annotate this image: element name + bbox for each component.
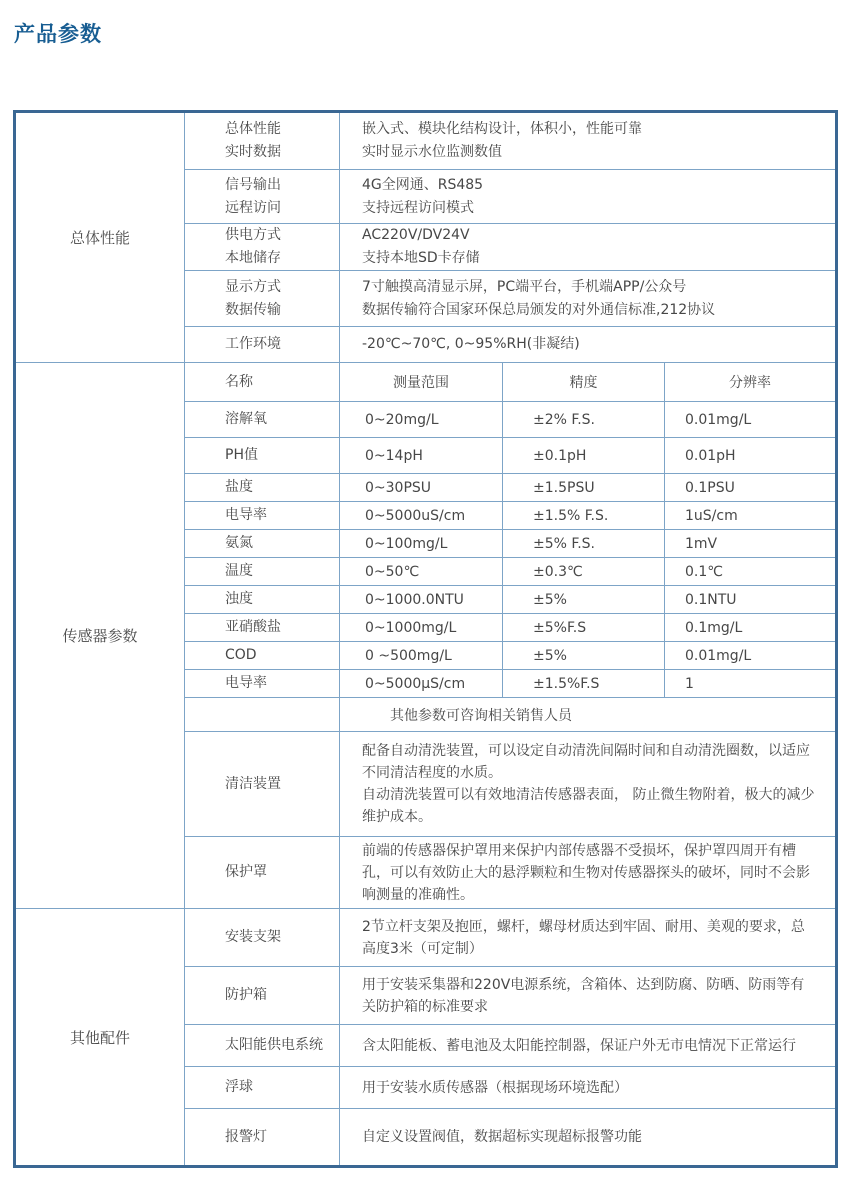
empty-cell: [185, 698, 340, 731]
spec-row-label: 防护箱: [185, 967, 340, 1024]
sensor-row-cod: COD 0 ~500mg/L ±5% 0.01mg/L: [185, 641, 835, 669]
section-overall: 总体性能 总体性能 实时数据 嵌入式、模块化结构设计，体积小，性能可靠 实时显示…: [16, 113, 835, 362]
header-cell-resolution: 分辨率: [665, 363, 835, 401]
sensor-table-header: 名称 测量范围 精度 分辨率: [185, 363, 835, 401]
sensor-accuracy: ±1.5%F.S: [503, 670, 665, 697]
sensor-resolution: 1uS/cm: [665, 502, 835, 529]
accessory-row-float-ball: 浮球 用于安装水质传感器（根据现场环境选配）: [185, 1066, 835, 1108]
sensor-name: PH值: [185, 438, 340, 473]
spec-row-value: 2节立杆支架及抱匝，螺杆，螺母材质达到牢固、耐用、美观的要求，总高度3米（可定制…: [340, 909, 835, 966]
spec-row-value: 配备自动清洗装置，可以设定自动清洗间隔时间和自动清洗圈数，以适应不同清洁程度的水…: [340, 732, 835, 836]
section-sensors: 传感器参数 名称 测量范围 精度 分辨率 溶解氧 0~20mg/L ±2% F.…: [16, 362, 835, 908]
spec-row-value: 4G全网通、RS485 支持远程访问模式: [340, 170, 835, 223]
sensor-name: 溶解氧: [185, 402, 340, 437]
spec-row-label: 保护罩: [185, 837, 340, 908]
header-cell-name: 名称: [185, 363, 340, 401]
spec-row-label: 显示方式 数据传输: [185, 271, 340, 326]
spec-row: 信号输出 远程访问 4G全网通、RS485 支持远程访问模式: [185, 169, 835, 223]
accessory-row-alarm-light: 报警灯 自定义设置阀值，数据超标实现超标报警功能: [185, 1108, 835, 1165]
spec-row-label: 供电方式 本地储存: [185, 224, 340, 270]
sensor-resolution: 0.1NTU: [665, 586, 835, 613]
spec-row: 供电方式 本地储存 AC220V/DV24V 支持本地SD卡存储: [185, 223, 835, 270]
spec-row-label: 浮球: [185, 1067, 340, 1108]
section-accessories: 其他配件 安装支架 2节立杆支架及抱匝，螺杆，螺母材质达到牢固、耐用、美观的要求…: [16, 908, 835, 1165]
spec-row-value: 7寸触摸高清显示屏，PC端平台，手机端APP/公众号 数据传输符合国家环保总局颁…: [340, 271, 835, 326]
spec-row-label: 清洁装置: [185, 732, 340, 836]
cleaning-device-row: 清洁装置 配备自动清洗装置，可以设定自动清洗间隔时间和自动清洗圈数，以适应不同清…: [185, 731, 835, 836]
spec-row-value: 用于安装采集器和220V电源系统，含箱体、达到防腐、防晒、防雨等有关防护箱的标准…: [340, 967, 835, 1024]
sensor-resolution: 0.01mg/L: [665, 642, 835, 669]
sensor-accuracy: ±2% F.S.: [503, 402, 665, 437]
header-cell-range: 测量范围: [340, 363, 503, 401]
sensor-row-turbidity: 浊度 0~1000.0NTU ±5% 0.1NTU: [185, 585, 835, 613]
section-sensors-rows: 名称 测量范围 精度 分辨率 溶解氧 0~20mg/L ±2% F.S. 0.0…: [185, 363, 835, 908]
sensor-range: 0~5000μS/cm: [340, 670, 503, 697]
page-title: 产品参数: [14, 18, 102, 48]
sensor-range: 0~5000uS/cm: [340, 502, 503, 529]
sensors-note-row: 其他参数可咨询相关销售人员: [185, 697, 835, 731]
sensor-row-ammonia: 氨氮 0~100mg/L ±5% F.S. 1mV: [185, 529, 835, 557]
section-overall-rows: 总体性能 实时数据 嵌入式、模块化结构设计，体积小，性能可靠 实时显示水位监测数…: [185, 113, 835, 362]
sensor-accuracy: ±5% F.S.: [503, 530, 665, 557]
sensor-name: 浊度: [185, 586, 340, 613]
sensor-accuracy: ±5%: [503, 642, 665, 669]
spec-row-value: -20℃~70℃, 0~95%RH(非凝结): [340, 327, 835, 362]
section-accessories-label: 其他配件: [16, 909, 185, 1165]
sensor-range: 0~20mg/L: [340, 402, 503, 437]
spec-row-value: AC220V/DV24V 支持本地SD卡存储: [340, 224, 835, 270]
sensor-name: COD: [185, 642, 340, 669]
sensor-accuracy: ±1.5% F.S.: [503, 502, 665, 529]
sensor-row-temperature: 温度 0~50℃ ±0.3℃ 0.1℃: [185, 557, 835, 585]
sensor-range: 0~30PSU: [340, 474, 503, 501]
sensor-resolution: 1mV: [665, 530, 835, 557]
sensor-range: 0 ~500mg/L: [340, 642, 503, 669]
protective-cover-row: 保护罩 前端的传感器保护罩用来保护内部传感器不受损坏，保护罩四周开有槽孔，可以有…: [185, 836, 835, 908]
spec-row: 工作环境 -20℃~70℃, 0~95%RH(非凝结): [185, 326, 835, 362]
accessory-row-mounting-bracket: 安装支架 2节立杆支架及抱匝，螺杆，螺母材质达到牢固、耐用、美观的要求，总高度3…: [185, 909, 835, 966]
sensor-row-dissolved-oxygen: 溶解氧 0~20mg/L ±2% F.S. 0.01mg/L: [185, 401, 835, 437]
spec-row: 总体性能 实时数据 嵌入式、模块化结构设计，体积小，性能可靠 实时显示水位监测数…: [185, 113, 835, 169]
sensor-name: 氨氮: [185, 530, 340, 557]
sensor-name: 亚硝酸盐: [185, 614, 340, 641]
sensor-resolution: 0.1℃: [665, 558, 835, 585]
section-accessories-rows: 安装支架 2节立杆支架及抱匝，螺杆，螺母材质达到牢固、耐用、美观的要求，总高度3…: [185, 909, 835, 1165]
spec-row-label: 报警灯: [185, 1109, 340, 1165]
sensor-accuracy: ±5%: [503, 586, 665, 613]
sensor-name: 电导率: [185, 670, 340, 697]
spec-row-label: 工作环境: [185, 327, 340, 362]
section-overall-label: 总体性能: [16, 113, 185, 362]
spec-row-value: 自定义设置阀值，数据超标实现超标报警功能: [340, 1109, 835, 1165]
accessory-row-protection-box: 防护箱 用于安装采集器和220V电源系统，含箱体、达到防腐、防晒、防雨等有关防护…: [185, 966, 835, 1024]
sensor-resolution: 0.01pH: [665, 438, 835, 473]
sensor-accuracy: ±1.5PSU: [503, 474, 665, 501]
accessory-row-solar-power: 太阳能供电系统 含太阳能板、蓄电池及太阳能控制器，保证户外无市电情况下正常运行: [185, 1024, 835, 1066]
sensor-range: 0~1000.0NTU: [340, 586, 503, 613]
sensor-range: 0~100mg/L: [340, 530, 503, 557]
sensor-row-salinity: 盐度 0~30PSU ±1.5PSU 0.1PSU: [185, 473, 835, 501]
spec-table: 总体性能 总体性能 实时数据 嵌入式、模块化结构设计，体积小，性能可靠 实时显示…: [13, 110, 838, 1168]
spec-row: 显示方式 数据传输 7寸触摸高清显示屏，PC端平台，手机端APP/公众号 数据传…: [185, 270, 835, 326]
sensors-note: 其他参数可咨询相关销售人员: [340, 698, 835, 731]
sensor-name: 温度: [185, 558, 340, 585]
spec-row-label: 总体性能 实时数据: [185, 113, 340, 169]
spec-row-value: 含太阳能板、蓄电池及太阳能控制器，保证户外无市电情况下正常运行: [340, 1025, 835, 1066]
spec-row-label: 信号输出 远程访问: [185, 170, 340, 223]
sensor-accuracy: ±0.3℃: [503, 558, 665, 585]
sensor-row-nitrite: 亚硝酸盐 0~1000mg/L ±5%F.S 0.1mg/L: [185, 613, 835, 641]
sensor-accuracy: ±0.1pH: [503, 438, 665, 473]
sensor-resolution: 0.01mg/L: [665, 402, 835, 437]
sensor-accuracy: ±5%F.S: [503, 614, 665, 641]
sensor-row-conductivity: 电导率 0~5000uS/cm ±1.5% F.S. 1uS/cm: [185, 501, 835, 529]
spec-row-label: 太阳能供电系统: [185, 1025, 340, 1066]
section-sensors-label: 传感器参数: [16, 363, 185, 908]
spec-row-label: 安装支架: [185, 909, 340, 966]
sensor-name: 电导率: [185, 502, 340, 529]
spec-row-value: 嵌入式、模块化结构设计，体积小，性能可靠 实时显示水位监测数值: [340, 113, 835, 169]
header-cell-accuracy: 精度: [503, 363, 665, 401]
sensor-range: 0~14pH: [340, 438, 503, 473]
spec-row-value: 用于安装水质传感器（根据现场环境选配）: [340, 1067, 835, 1108]
sensor-range: 0~1000mg/L: [340, 614, 503, 641]
sensor-range: 0~50℃: [340, 558, 503, 585]
sensor-row-ph: PH值 0~14pH ±0.1pH 0.01pH: [185, 437, 835, 473]
sensor-resolution: 0.1mg/L: [665, 614, 835, 641]
sensor-resolution: 1: [665, 670, 835, 697]
sensor-resolution: 0.1PSU: [665, 474, 835, 501]
sensor-row-conductivity-2: 电导率 0~5000μS/cm ±1.5%F.S 1: [185, 669, 835, 697]
spec-row-value: 前端的传感器保护罩用来保护内部传感器不受损坏，保护罩四周开有槽孔，可以有效防止大…: [340, 837, 835, 908]
sensor-name: 盐度: [185, 474, 340, 501]
